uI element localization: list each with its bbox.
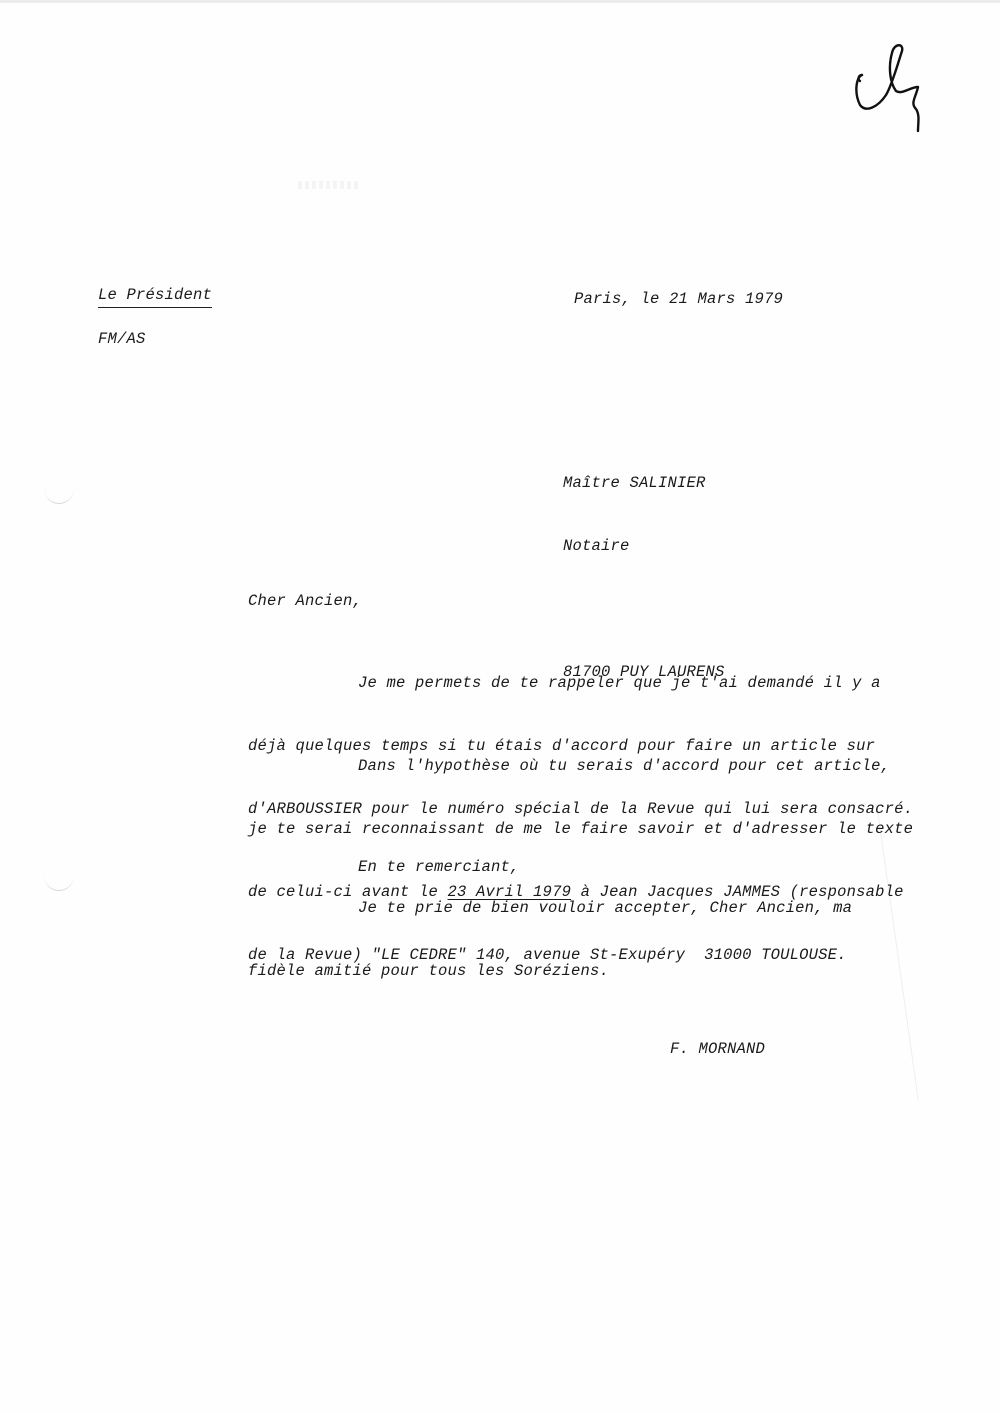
letter-page: Le Président FM/AS Paris, le 21 Mars 197… (0, 0, 1000, 1413)
recipient-name: Maître SALINIER (563, 473, 725, 494)
handwritten-initials-mark (848, 33, 948, 133)
paragraph-closing: Je te prie de bien vouloir accepter, Che… (248, 856, 852, 1024)
punch-hole-mark (44, 860, 74, 891)
salutation: Cher Ancien, (248, 591, 362, 612)
recipient-profession: Notaire (563, 536, 725, 557)
sender-reference: FM/AS (98, 330, 146, 348)
sender-title: Le Président (98, 285, 212, 308)
date-line: Paris, le 21 Mars 1979 (574, 289, 783, 310)
paragraph-line: Dans l'hypothèse où tu serais d'accord p… (358, 757, 890, 775)
recipient-spacer (563, 599, 725, 620)
paragraph-line: Je me permets de te rappeler que je t'ai… (358, 674, 881, 692)
paragraph-line: Je te prie de bien vouloir accepter, Che… (358, 899, 852, 917)
punch-hole-mark (44, 473, 74, 504)
sender-block: Le Président FM/AS (60, 264, 212, 371)
faint-stamp-mark (298, 181, 358, 189)
signature-name: F. MORNAND (670, 1039, 765, 1060)
paragraph-line: fidèle amitié pour tous les Soréziens. (248, 961, 852, 982)
